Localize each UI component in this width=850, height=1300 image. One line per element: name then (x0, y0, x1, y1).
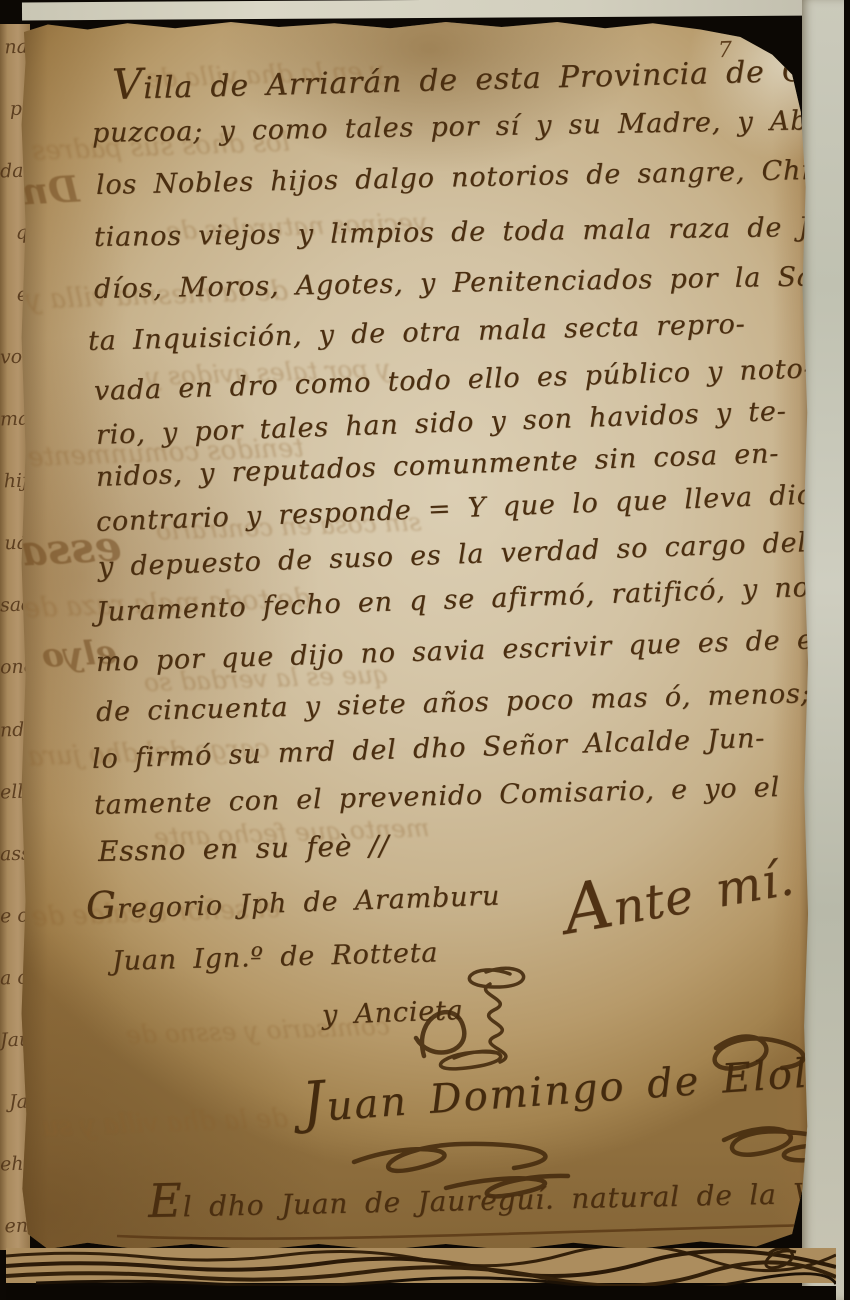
manuscript-photo: na pi das q e von ma hij uá sad ono nde … (0, 0, 850, 1300)
signature-witness-2-line2: y Ancieta (322, 997, 464, 1029)
underlying-leaf-top-edge (22, 0, 822, 20)
manuscript-page: y en la dha villa de los dhos sus padres… (16, 12, 812, 1264)
manuscript-line: Juramento fecho en q se afirmó, ratificó… (96, 572, 850, 626)
footer-underline (112, 1220, 818, 1246)
footer-attestation-line: El dho Juan de Jaureguí. natural de la V… (148, 1163, 850, 1224)
signature-ante-mi: Ante mí. (558, 838, 798, 944)
bleedthrough-blot: Dn (21, 169, 81, 214)
manuscript-line: ta Inquisición, y de otra mala secta rep… (88, 311, 746, 355)
signature-witness-1: Gregorio Jph de Aramburu (85, 874, 500, 926)
signature-principal: Juan Domingo de Elola (300, 1039, 836, 1132)
manuscript-line: mo por que dijo no savia escrivir que es… (96, 625, 850, 676)
manuscript-line: lo firmó su mrd del dho Señor Alcalde Ju… (92, 725, 766, 773)
manuscript-line: Villa de Arriarán de esta Provincia de G… (111, 45, 848, 106)
margin-text-fragment: en (0, 1216, 30, 1236)
signature-witness-2: Juan Ign.º de Rotteta (112, 939, 439, 975)
bleedthrough-text: de la dha villa y su (42, 1104, 289, 1143)
underlying-leaf-right-edge (802, 0, 844, 1300)
manuscript-line: tamente con el prevenido Comisario, e yo… (94, 774, 781, 819)
manuscript-line: los Nobles hijos dalgo notorios de sangr… (96, 156, 849, 199)
stacked-page-edges (6, 1248, 836, 1300)
manuscript-line: puzcoa; y como tales por sí y su Madre, … (92, 107, 850, 147)
manuscript-line: Essno en su feè // (98, 832, 390, 866)
manuscript-line: díos, Moros, Agotes, y Penitenciados por… (94, 263, 842, 303)
